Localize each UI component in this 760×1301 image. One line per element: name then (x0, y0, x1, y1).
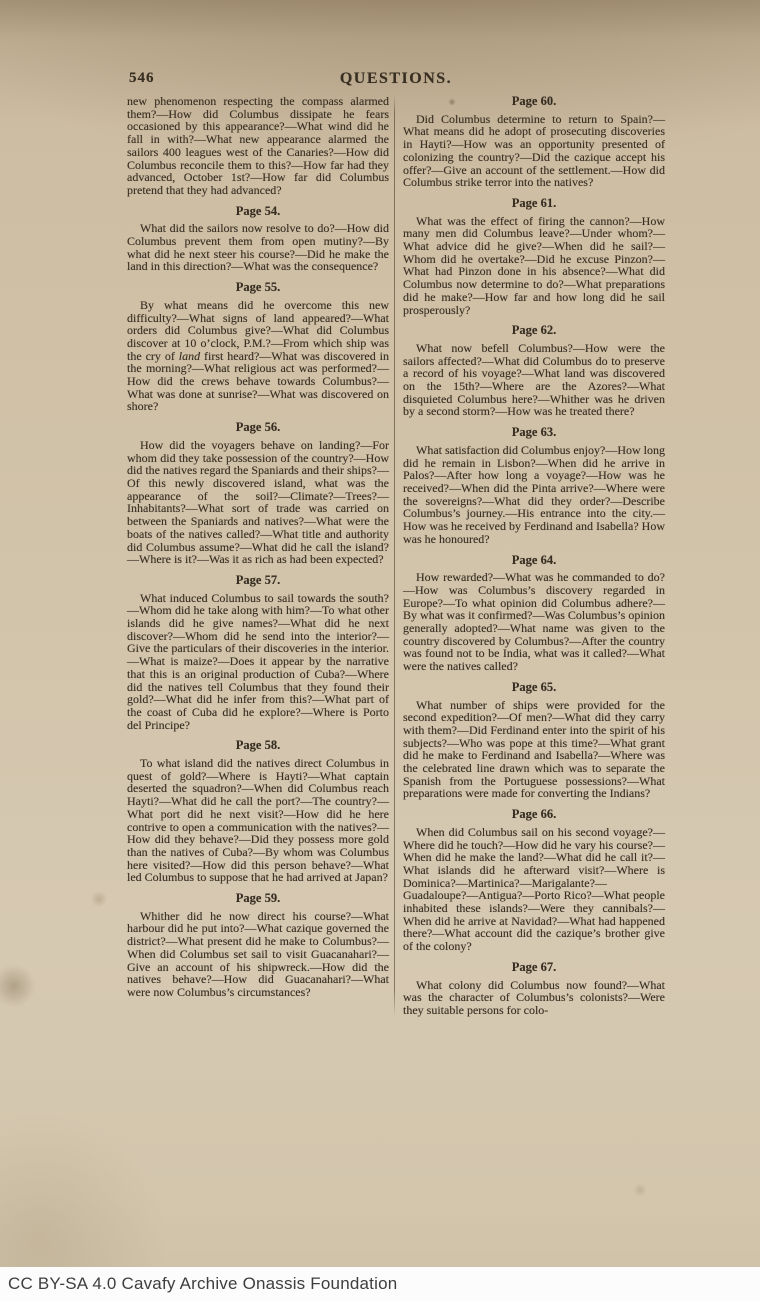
section-page-56: Page 56. How did the voyagers behave on … (127, 421, 389, 566)
section-heading: Page 61. (403, 197, 665, 210)
section-heading: Page 63. (403, 426, 665, 439)
section-body: How did the voyagers behave on landing?—… (127, 439, 389, 566)
section-body: What number of ships were provided for t… (403, 699, 665, 801)
section-heading: Page 62. (403, 324, 665, 337)
license-caption-bar: CC BY-SA 4.0 Cavafy Archive Onassis Foun… (0, 1267, 760, 1301)
section-page-66: Page 66. When did Columbus sail on his s… (403, 808, 665, 953)
section-body: To what island did the natives direct Co… (127, 757, 389, 884)
section-heading: Page 60. (403, 95, 665, 108)
section-page-60: Page 60. Did Columbus determine to retur… (403, 95, 665, 189)
book-page-scan: 546 QUESTIONS. new phenomenon respecting… (0, 0, 760, 1301)
text-columns: new phenomenon respecting the compass al… (127, 95, 665, 1017)
section-body: When did Columbus sail on his second voy… (403, 826, 665, 953)
section-heading: Page 67. (403, 961, 665, 974)
section-page-54: Page 54. What did the sailors now resolv… (127, 205, 389, 274)
section-body: What satisfaction did Columbus enjoy?—Ho… (403, 444, 665, 546)
section-heading: Page 65. (403, 681, 665, 694)
section-page-67: Page 67. What colony did Columbus now fo… (403, 961, 665, 1017)
left-column: new phenomenon respecting the compass al… (127, 95, 394, 1017)
section-heading: Page 64. (403, 554, 665, 567)
section-body: What now befell Columbus?—How were the s… (403, 342, 665, 418)
running-title: QUESTIONS. (127, 70, 665, 88)
section-page-65: Page 65. What number of ships were provi… (403, 681, 665, 800)
section-heading: Page 57. (127, 574, 389, 587)
right-column: Page 60. Did Columbus determine to retur… (395, 95, 665, 1017)
license-text: CC BY-SA 4.0 Cavafy Archive Onassis Foun… (0, 1274, 397, 1294)
section-heading: Page 66. (403, 808, 665, 821)
section-heading: Page 56. (127, 421, 389, 434)
section-heading: Page 59. (127, 892, 389, 905)
section-heading: Page 54. (127, 205, 389, 218)
section-page-59: Page 59. Whither did he now direct his c… (127, 892, 389, 999)
section-body: Whither did he now direct his course?—Wh… (127, 910, 389, 999)
continuation-section: new phenomenon respecting the compass al… (127, 95, 389, 197)
section-page-57: Page 57. What induced Columbus to sail t… (127, 574, 389, 731)
section-body: Did Columbus determine to return to Spai… (403, 113, 665, 189)
section-page-63: Page 63. What satisfaction did Columbus … (403, 426, 665, 545)
section-page-55: Page 55. By what means did he overcome t… (127, 281, 389, 413)
section-heading: Page 58. (127, 739, 389, 752)
section-heading: Page 55. (127, 281, 389, 294)
section-page-61: Page 61. What was the effect of firing t… (403, 197, 665, 316)
section-body: What induced Columbus to sail towards th… (127, 592, 389, 732)
section-page-64: Page 64. How rewarded?—What was he comma… (403, 554, 665, 673)
section-body: How rewarded?—What was he commanded to d… (403, 571, 665, 673)
section-page-62: Page 62. What now befell Columbus?—How w… (403, 324, 665, 418)
section-body: By what means did he overcome this new d… (127, 299, 389, 413)
section-body: What colony did Columbus now found?—What… (403, 979, 665, 1017)
section-body: What was the effect of firing the cannon… (403, 215, 665, 317)
section-body: What did the sailors now resolve to do?—… (127, 222, 389, 273)
section-page-58: Page 58. To what island did the natives … (127, 739, 389, 884)
page-header: 546 QUESTIONS. (127, 70, 665, 92)
section-body: new phenomenon respecting the compass al… (127, 95, 389, 197)
